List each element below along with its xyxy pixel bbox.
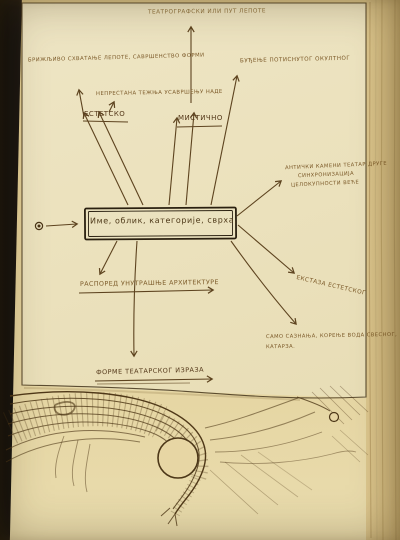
- scanned-page: Театрографски или пут лепоте Брижљиво сх…: [0, 0, 400, 540]
- arrows: [46, 27, 296, 384]
- label-aesthetic: Естетско: [84, 110, 125, 119]
- label-top-path-of-beauty: Театрографски или пут лепоте: [148, 8, 266, 16]
- ink-wave-drawing: [6, 386, 368, 526]
- diagram-arrows-and-artwork: [0, 0, 400, 540]
- label-catharsis-line2: катарза.: [266, 344, 295, 351]
- page-edge-lines: [369, 0, 396, 540]
- dot-marker-icon: [35, 222, 42, 229]
- hanging-circle-icon: [330, 413, 339, 422]
- central-box-text: Име, облик, категорије, сврха.: [90, 216, 232, 226]
- label-mystic: мистично: [178, 114, 223, 123]
